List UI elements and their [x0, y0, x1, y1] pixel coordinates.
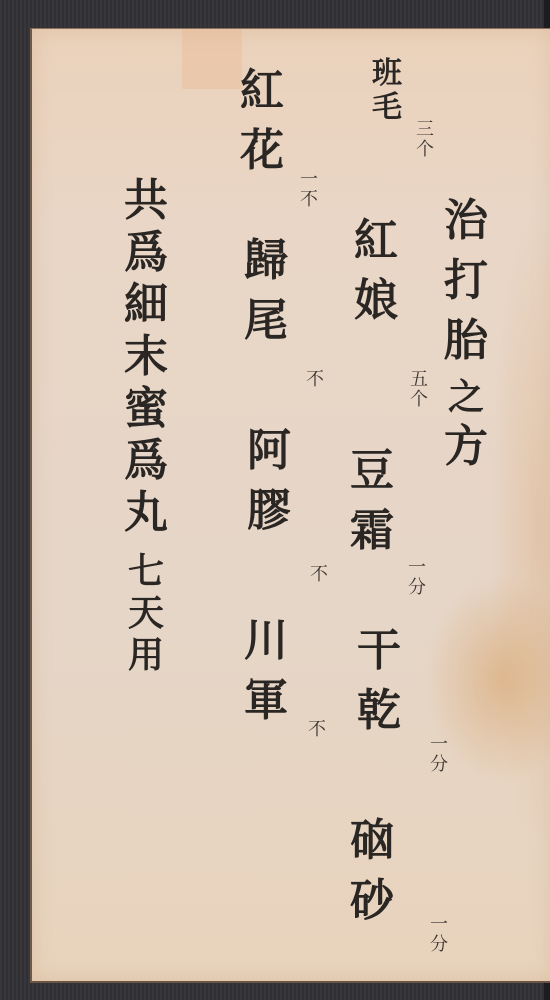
dose-note: 三个 — [410, 119, 436, 159]
dose-note: 不 — [304, 564, 330, 584]
ingredient-char: 阿 — [247, 429, 291, 473]
instruction-char: 細 — [124, 283, 168, 327]
ingredient-char: 乾 — [357, 689, 401, 733]
instruction-char: 丸 — [124, 491, 168, 535]
usage-char: 用 — [128, 637, 164, 673]
ingredient-川軍: 川 軍 — [244, 619, 288, 739]
ingredient-char: 花 — [240, 129, 284, 173]
ingredient-硇砂: 硇 砂 — [350, 819, 394, 939]
ingredient-char: 歸 — [244, 239, 288, 283]
ingredient-char: 紅 — [354, 219, 398, 263]
manuscript-page: 治 打 胎 之 方 班 毛 三个 紅 娘 五个 豆 霜 一分 干 乾 一分 硇 … — [30, 28, 550, 983]
title-char: 治 — [444, 199, 488, 243]
ingredient-char: 硇 — [350, 819, 394, 863]
title-char: 打 — [444, 259, 488, 303]
ingredient-char: 干 — [357, 629, 401, 673]
ingredient-char: 娘 — [354, 279, 398, 323]
ingredient-char: 霜 — [350, 509, 394, 553]
ingredient-歸尾: 歸 尾 — [244, 239, 288, 359]
ingredient-char: 軍 — [244, 679, 288, 723]
usage-char: 天 — [128, 595, 164, 631]
dose-note: 不 — [300, 369, 326, 389]
dose-note: 一分 — [424, 914, 450, 954]
ingredient-char: 川 — [244, 619, 288, 663]
ingredient-char: 尾 — [244, 299, 288, 343]
instruction-char: 末 — [124, 335, 168, 379]
title-char: 之 — [448, 379, 484, 415]
ingredient-char: 膠 — [247, 489, 291, 533]
title-char: 方 — [444, 425, 488, 469]
column-title: 治 打 胎 之 方 — [444, 199, 488, 485]
ingredient-班毛: 班 毛 — [372, 59, 402, 123]
dose-note: 一不 — [294, 169, 320, 209]
instruction-char: 蜜 — [124, 387, 168, 431]
ingredient-char: 毛 — [372, 93, 402, 123]
column-instruction: 共 爲 細 末 蜜 爲 丸 七 天 用 — [124, 179, 168, 683]
faded-stamp-area — [182, 29, 242, 89]
instruction-char: 共 — [124, 179, 168, 223]
ingredient-豆霜: 豆 霜 — [350, 449, 394, 569]
ingredient-char: 紅 — [240, 69, 284, 113]
ingredient-char: 砂 — [350, 879, 394, 923]
ingredient-紅花: 紅 花 — [240, 69, 284, 189]
usage-char: 七 — [128, 553, 164, 589]
dose-note: 不 — [302, 719, 328, 739]
ingredient-紅娘: 紅 娘 — [354, 219, 398, 339]
ingredient-阿膠: 阿 膠 — [247, 429, 291, 549]
instruction-char: 爲 — [124, 231, 168, 275]
ingredient-char: 豆 — [350, 449, 394, 493]
dose-note: 五个 — [404, 369, 430, 409]
ingredient-char: 班 — [372, 59, 402, 89]
ingredient-干乾: 干 乾 — [357, 629, 401, 749]
title-char: 胎 — [444, 319, 488, 363]
instruction-char: 爲 — [124, 439, 168, 483]
dose-note: 一分 — [402, 557, 428, 597]
dose-note: 一分 — [424, 734, 450, 774]
